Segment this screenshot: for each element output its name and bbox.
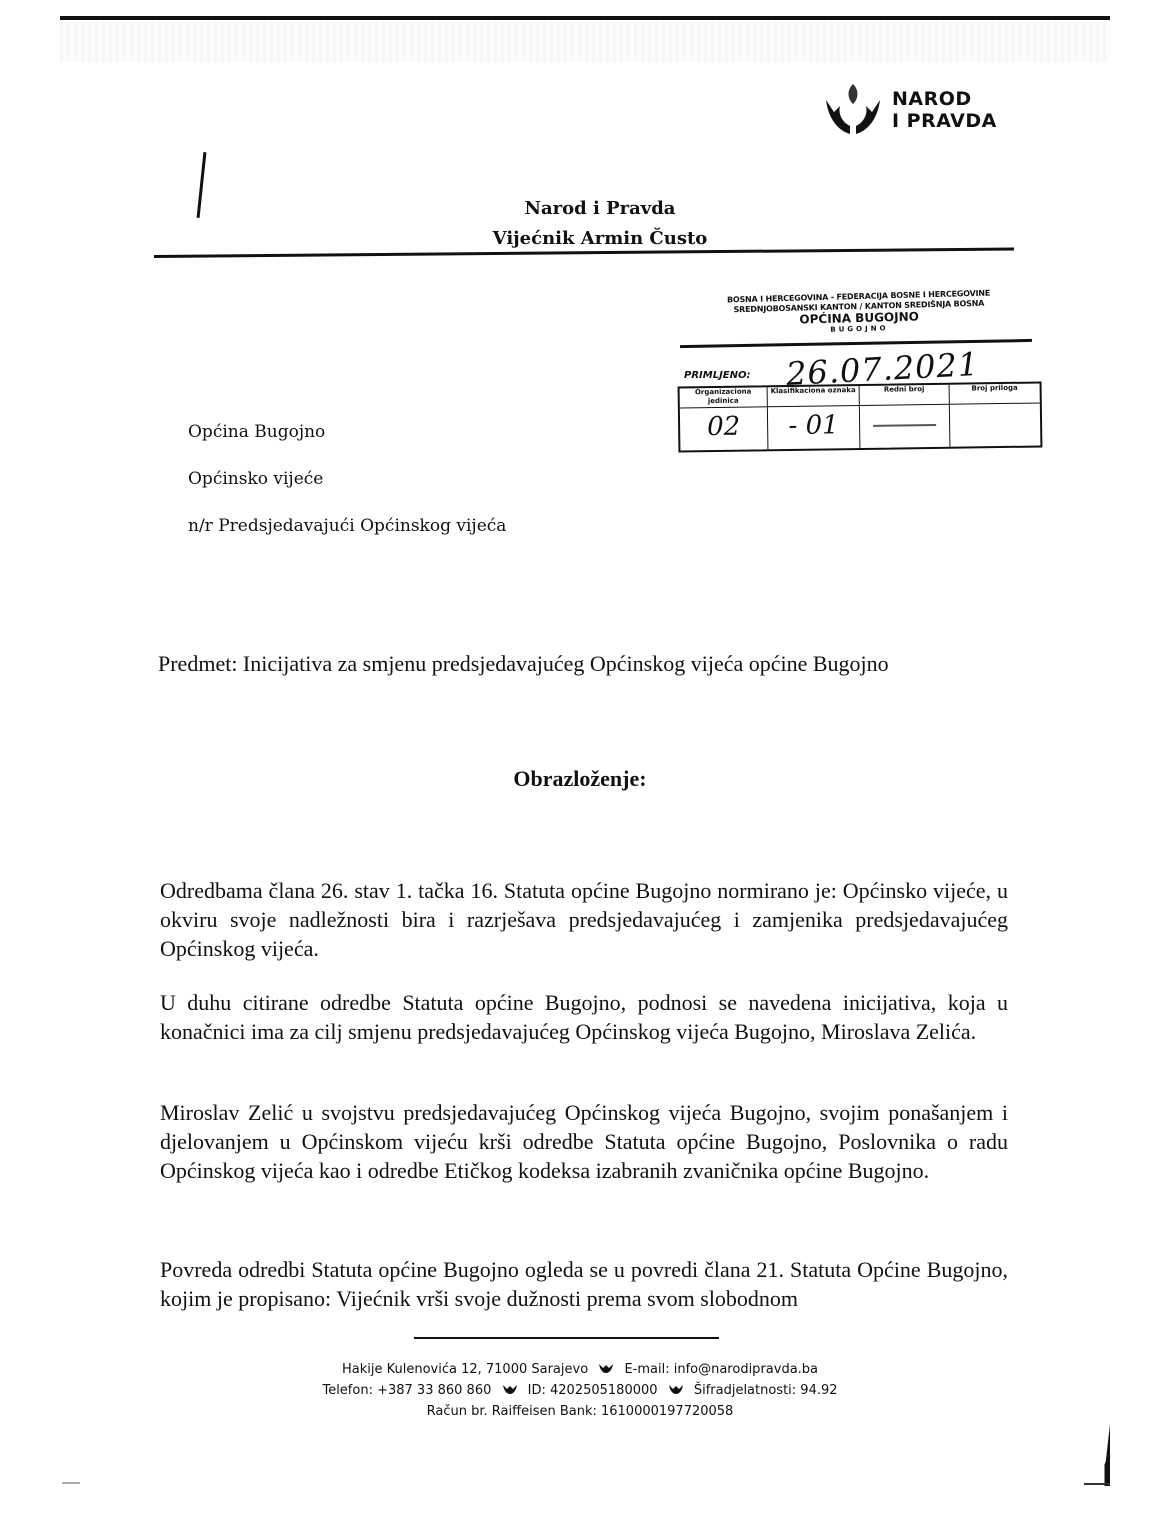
paragraph: Miroslav Zelić u svojstvu predsjedavajuć… (160, 1098, 1008, 1185)
logo-line-2: I PRAVDA (892, 110, 997, 132)
footer-divider (414, 1337, 719, 1339)
paragraph: Odredbama člana 26. stav 1. tačka 16. St… (160, 876, 1008, 963)
stamp-col-header: Organizaciona jedinica (680, 387, 768, 408)
footer-address: Hakije Kulenovića 12, 71000 Sarajevo (342, 1362, 588, 1377)
footer-bank: Račun br. Raiffeisen Bank: 1610000197720… (290, 1401, 870, 1422)
paragraph: U duhu citirane odredbe Statuta općine B… (160, 988, 1008, 1046)
received-stamp: BOSNA I HERCEGOVINA - FEDERACIJA BOSNE I… (676, 292, 1042, 454)
logo-mini-icon (668, 1383, 684, 1395)
scan-corner-base (1084, 1483, 1110, 1485)
paragraph: Povreda odredbi Statuta općine Bugojno o… (160, 1255, 1008, 1313)
scan-top-edge (60, 16, 1110, 20)
stamp-received-label: PRIMLJENO: (684, 370, 751, 381)
subject-line: Predmet: Inicijativa za smjenu predsjeda… (158, 651, 889, 677)
recipient-line-3: n/r Predsjedavajući Općinskog vijeća (188, 516, 506, 563)
logo-mini-icon (598, 1362, 614, 1374)
stamp-table: Organizaciona jedinica Klasifikaciona oz… (678, 381, 1043, 452)
scan-corner-mark (1096, 1424, 1110, 1486)
stamp-cell-org-unit: 02 (680, 407, 769, 450)
logo: NAROD I PRAVDA (822, 82, 997, 138)
stamp-cell-serial (860, 405, 951, 448)
stamp-col-header: Klasifikaciona oznaka (768, 386, 860, 407)
recipient-line-1: Općina Bugojno (188, 422, 506, 469)
recipient-block: Općina Bugojno Općinsko vijeće n/r Preds… (188, 422, 506, 563)
stamp-cell-attachments (950, 403, 1041, 446)
recipient-line-2: Općinsko vijeće (188, 469, 506, 516)
footer-activity-code: Šifradjelatnosti: 94.92 (694, 1383, 838, 1398)
sender-organization: Narod i Pravda (400, 194, 800, 224)
footer-id: ID: 4202505180000 (528, 1383, 658, 1398)
stamp-col-header: Broj priloga (950, 383, 1040, 404)
stamp-divider (680, 339, 1032, 348)
footer-phone: Telefon: +387 33 860 860 (322, 1383, 491, 1398)
stamp-cell-classification: - 01 (768, 406, 861, 449)
sender-block: Narod i Pravda Vijećnik Armin Čusto (400, 194, 800, 254)
hands-plant-icon (822, 82, 884, 138)
scan-noise (60, 22, 1110, 62)
footer: Hakije Kulenovića 12, 71000 Sarajevo E-m… (290, 1359, 870, 1422)
stamp-col-header: Redni broj (860, 385, 950, 406)
scan-edge-tick (62, 1482, 80, 1484)
footer-email: E-mail: info@narodipravda.ba (624, 1362, 818, 1377)
pen-mark (197, 152, 207, 218)
section-heading: Obrazloženje: (0, 766, 1160, 792)
logo-line-1: NAROD (892, 88, 997, 110)
logo-mini-icon (502, 1383, 518, 1395)
